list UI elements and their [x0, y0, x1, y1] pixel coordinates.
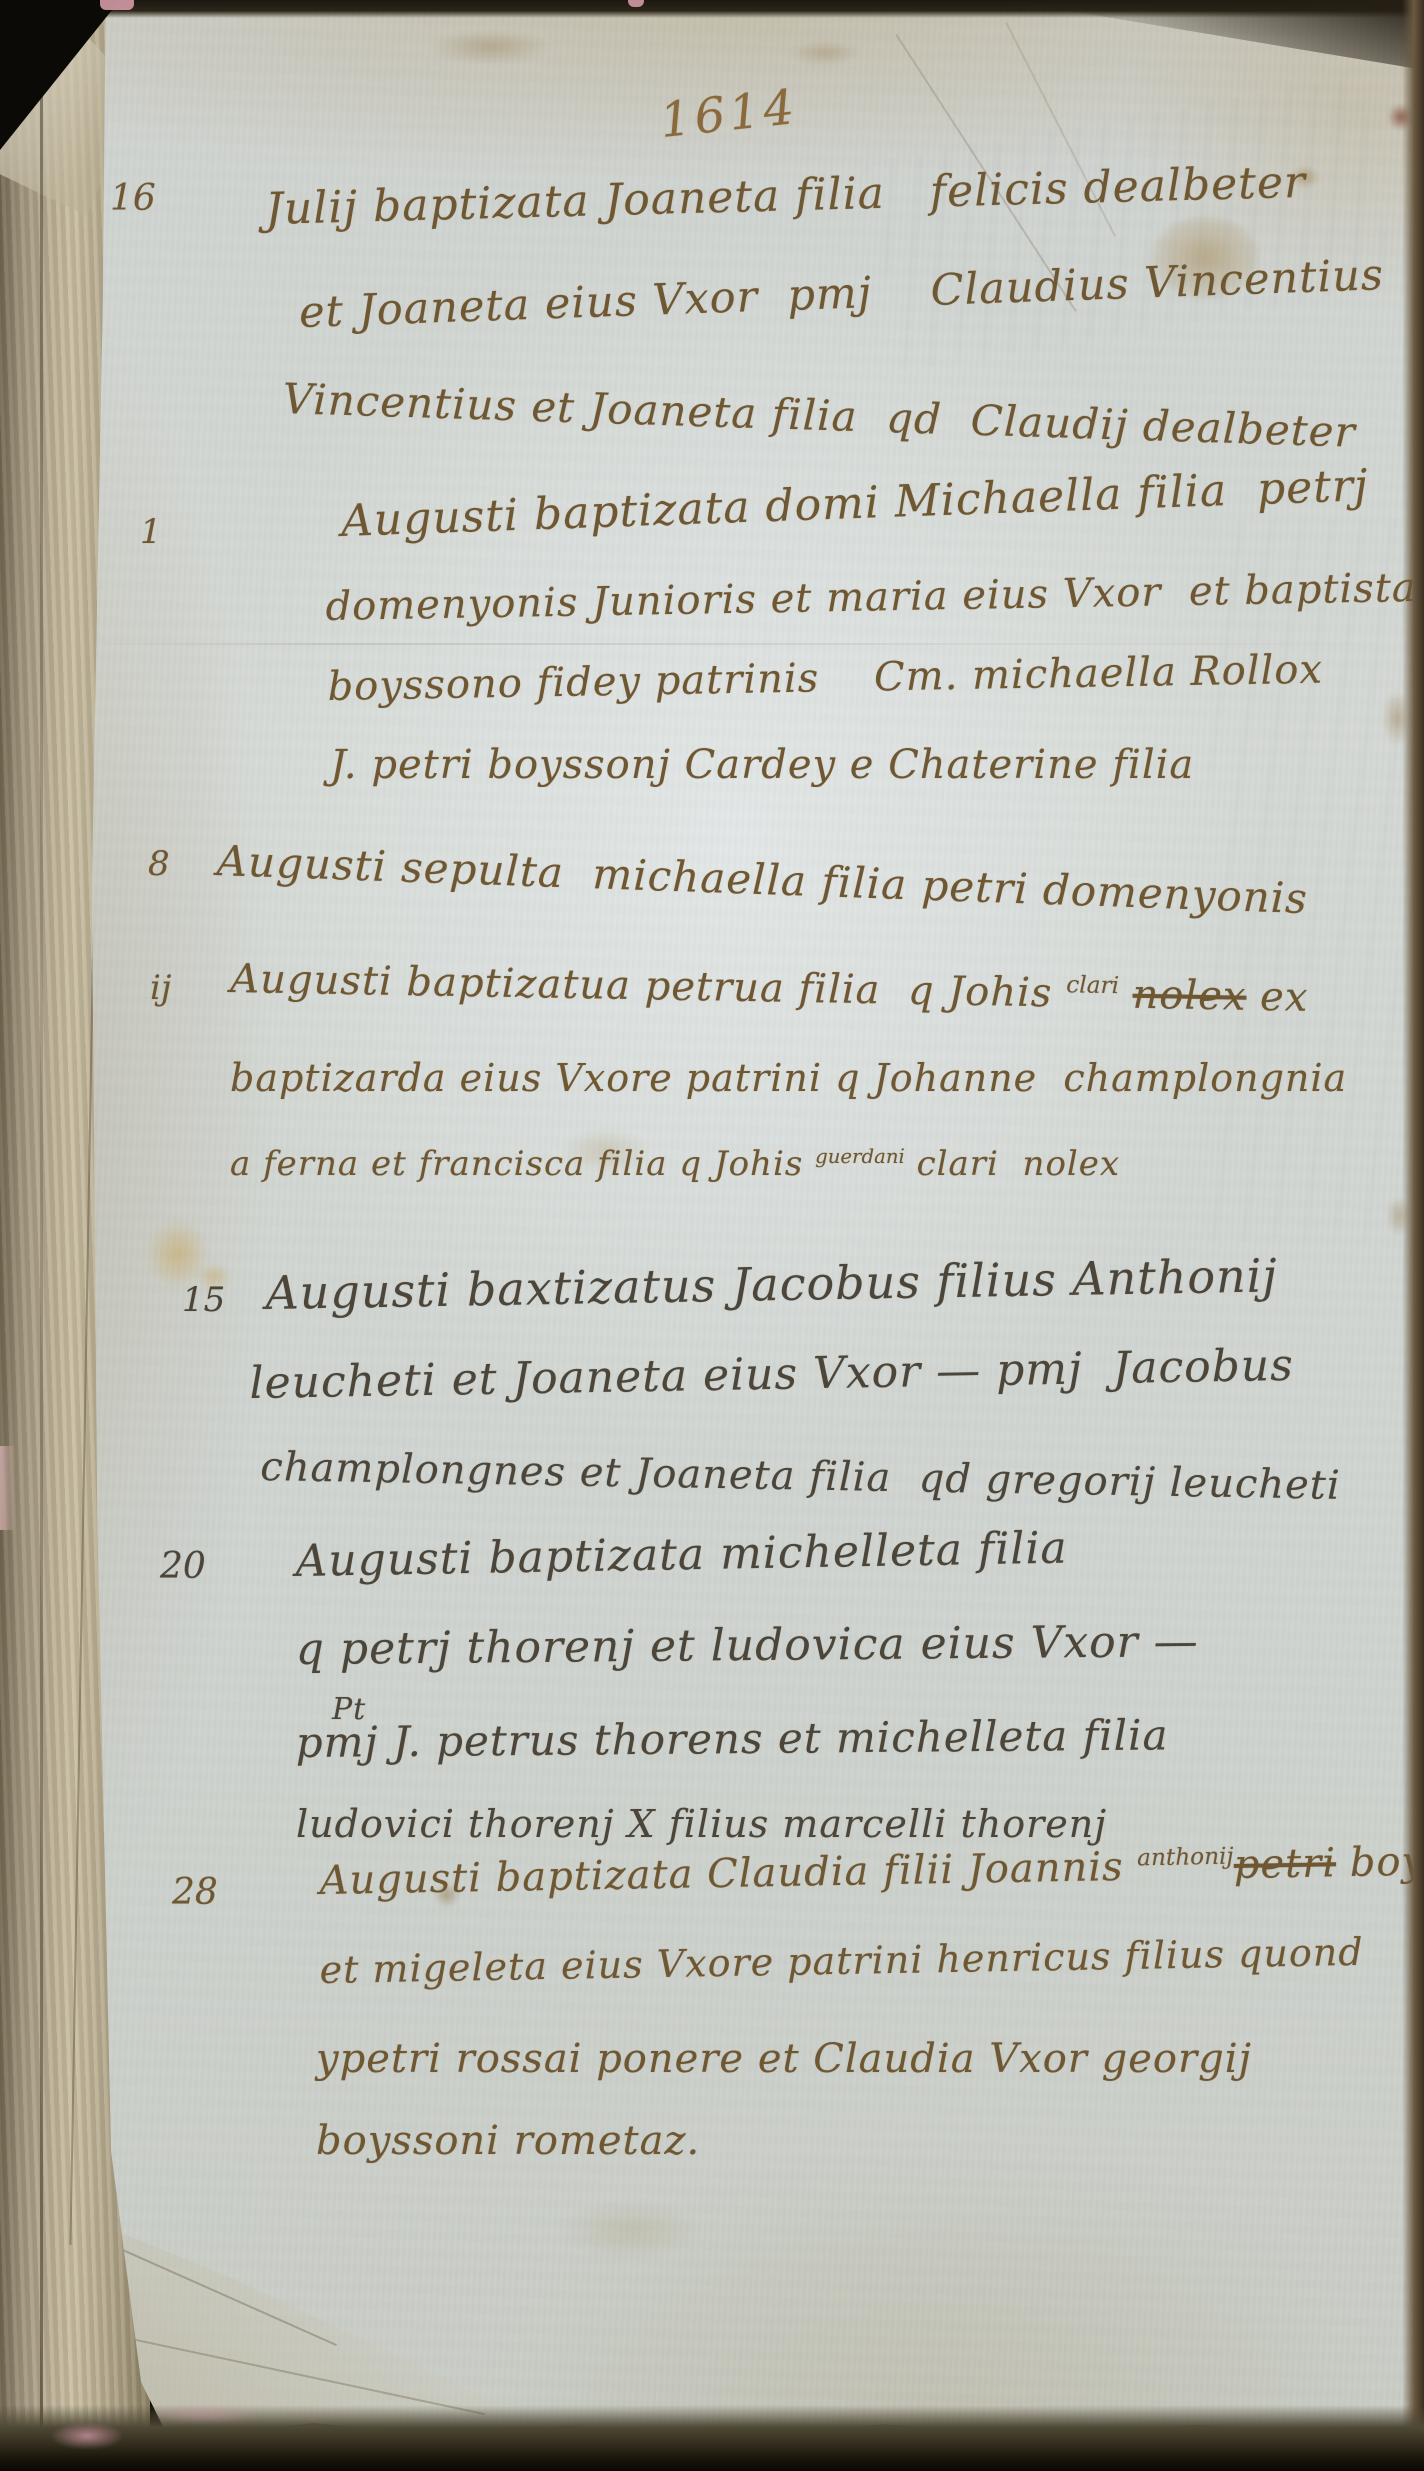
struck-word: petri: [1233, 1840, 1336, 1888]
entry-line: pmj J. petrus thorens et michelleta fili…: [296, 1710, 1169, 1767]
entry-line: J. petri boyssonj Cardey e Chaterine fil…: [330, 742, 1194, 788]
scanned-register-photo: 1614 16Julij baptizata Joaneta filia fel…: [0, 0, 1424, 2471]
margin-date: 1: [140, 512, 162, 552]
entry-line: baptizarda eius Vxore patrini q Johanne …: [230, 1056, 1347, 1100]
pink-edge-tint: [0, 1446, 16, 1530]
entry-text: a ferna et francisca filia q Johis: [230, 1144, 815, 1184]
entry-text: [1118, 972, 1133, 1018]
entry-line: q petrj thorenj et ludovica eius Vxor —: [296, 1616, 1199, 1675]
margin-date: 28: [172, 1872, 218, 1913]
entry-text: ypetri rossai ponere et Claudia Vxor geo…: [316, 2036, 1252, 2082]
entry-text: J. petri boyssonj Cardey e Chaterine fil…: [330, 742, 1194, 788]
pink-corner-tint: [52, 2423, 122, 2449]
entry-text: clari nolex: [905, 1144, 1120, 1184]
entry-line: ypetri rossai ponere et Claudia Vxor geo…: [316, 2036, 1252, 2082]
entry-text: ex: [1246, 974, 1309, 1021]
top-edge-stain: [430, 30, 550, 64]
pink-marker-tab: [100, 0, 134, 10]
entry-text: pmj J. petrus thorens et michelleta fili…: [296, 1710, 1169, 1767]
entry-line: ludovici thorenj X filius marcelli thore…: [296, 1802, 1107, 1846]
entry-line: a ferna et francisca filia q Johis guerd…: [230, 1144, 1120, 1184]
photo-right-edge: [1402, 0, 1424, 2471]
pink-corner-tint: [150, 2405, 260, 2423]
entry-text: q petrj thorenj et ludovica eius Vxor —: [296, 1616, 1199, 1675]
margin-date: 8: [148, 844, 170, 884]
entry-text: baptizarda eius Vxore patrini q Johanne …: [230, 1056, 1347, 1100]
margin-date: 16: [110, 178, 156, 219]
struck-word: nolex: [1132, 972, 1247, 1020]
entry-text: ludovici thorenj X filius marcelli thore…: [296, 1802, 1107, 1846]
margin-date: ij: [150, 968, 171, 1008]
top-edge-stain: [790, 40, 860, 66]
entry-line: boyssoni rometaz.: [316, 2118, 700, 2164]
binding-crevice: [40, 0, 43, 2471]
superscript-word: anthonij: [1137, 1843, 1234, 1872]
superscript-word: clari: [1066, 971, 1119, 999]
margin-date: 20: [160, 1546, 206, 1587]
superscript-word: guerdani: [815, 1145, 905, 1168]
margin-date: 15: [182, 1280, 225, 1320]
faint-stain: [560, 2200, 700, 2260]
entry-text: boyssoni rometaz.: [316, 2118, 700, 2164]
